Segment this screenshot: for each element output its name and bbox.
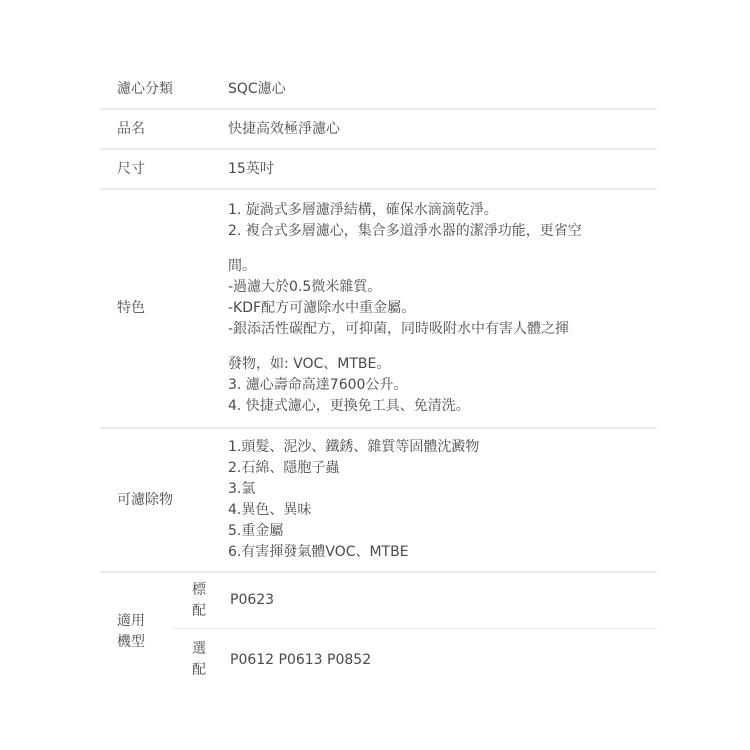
text-line: 3. 濾心壽命高達7600公升。 [228, 375, 657, 396]
text-line: 間。 [228, 256, 657, 277]
row-label-product-name: 品名 [100, 119, 228, 140]
subrow-label-optional: 選配 [172, 639, 212, 681]
text-line: -過濾大於0.5微米雜質。 [228, 277, 657, 298]
text-line: 3.氯 [228, 479, 657, 500]
text-line: 2. 複合式多層濾心，集合多道淨水器的潔淨功能，更省空 [228, 221, 657, 242]
row-label-size: 尺寸 [100, 159, 228, 180]
models-subtable: 標配 P0623 選配 P0612 P0613 P0852 [172, 573, 657, 691]
text-line: 1. 旋渦式多層濾淨結構，確保水滴滴乾淨。 [228, 200, 657, 221]
row-value-features: 1. 旋渦式多層濾淨結構，確保水滴滴乾淨。2. 複合式多層濾心，集合多道淨水器的… [228, 200, 657, 417]
text-line: 4. 快捷式濾心，更換免工具、免清洗。 [228, 396, 657, 417]
spec-row-product-name: 品名 快捷高效極淨濾心 [100, 110, 657, 150]
text-line: -銀添活性碳配方，可抑菌，同時吸附水中有害人體之揮 [228, 319, 657, 340]
row-label-features: 特色 [100, 298, 228, 319]
text-line: 2.石綿、隱胞子蟲 [228, 458, 657, 479]
row-value-size: 15英吋 [228, 159, 657, 180]
subrow-value-optional: P0612 P0613 P0852 [212, 650, 657, 671]
row-value-filterables: 1.頭髮、泥沙、鐵銹、雜質等固體沈澱物2.石綿、隱胞子蟲3.氯4.異色、異味5.… [228, 437, 657, 563]
row-label-filterables: 可濾除物 [100, 490, 228, 511]
spec-row-features: 特色 1. 旋渦式多層濾淨結構，確保水滴滴乾淨。2. 複合式多層濾心，集合多道淨… [100, 190, 657, 429]
spec-row-applicable-models: 適用機型 標配 P0623 選配 P0612 P0613 P0852 [100, 573, 657, 691]
text-line: 4.異色、異味 [228, 500, 657, 521]
row-label-category: 濾心分類 [100, 79, 228, 100]
subrow-standard: 標配 P0623 [172, 573, 657, 629]
text-line: 5.重金屬 [228, 521, 657, 542]
product-spec-table: 濾心分類 SQC濾心 品名 快捷高效極淨濾心 尺寸 15英吋 特色 1. 旋渦式… [100, 70, 657, 691]
subrow-label-standard: 標配 [172, 580, 212, 622]
text-line: 6.有害揮發氣體VOC、MTBE [228, 542, 657, 563]
spec-row-size: 尺寸 15英吋 [100, 150, 657, 190]
applicable-models-label-text: 適用機型 [117, 611, 151, 653]
spec-row-filterables: 可濾除物 1.頭髮、泥沙、鐵銹、雜質等固體沈澱物2.石綿、隱胞子蟲3.氯4.異色… [100, 429, 657, 573]
text-line: 1.頭髮、泥沙、鐵銹、雜質等固體沈澱物 [228, 437, 657, 458]
row-value-product-name: 快捷高效極淨濾心 [228, 119, 657, 140]
text-line: 發物，如: VOC、MTBE。 [228, 354, 657, 375]
spec-row-category: 濾心分類 SQC濾心 [100, 70, 657, 110]
row-label-applicable-models: 適用機型 [100, 573, 172, 691]
subrow-optional: 選配 P0612 P0613 P0852 [172, 629, 657, 691]
subrow-value-standard: P0623 [212, 590, 657, 611]
row-value-category: SQC濾心 [228, 79, 657, 100]
text-line: -KDF配方可濾除水中重金屬。 [228, 298, 657, 319]
